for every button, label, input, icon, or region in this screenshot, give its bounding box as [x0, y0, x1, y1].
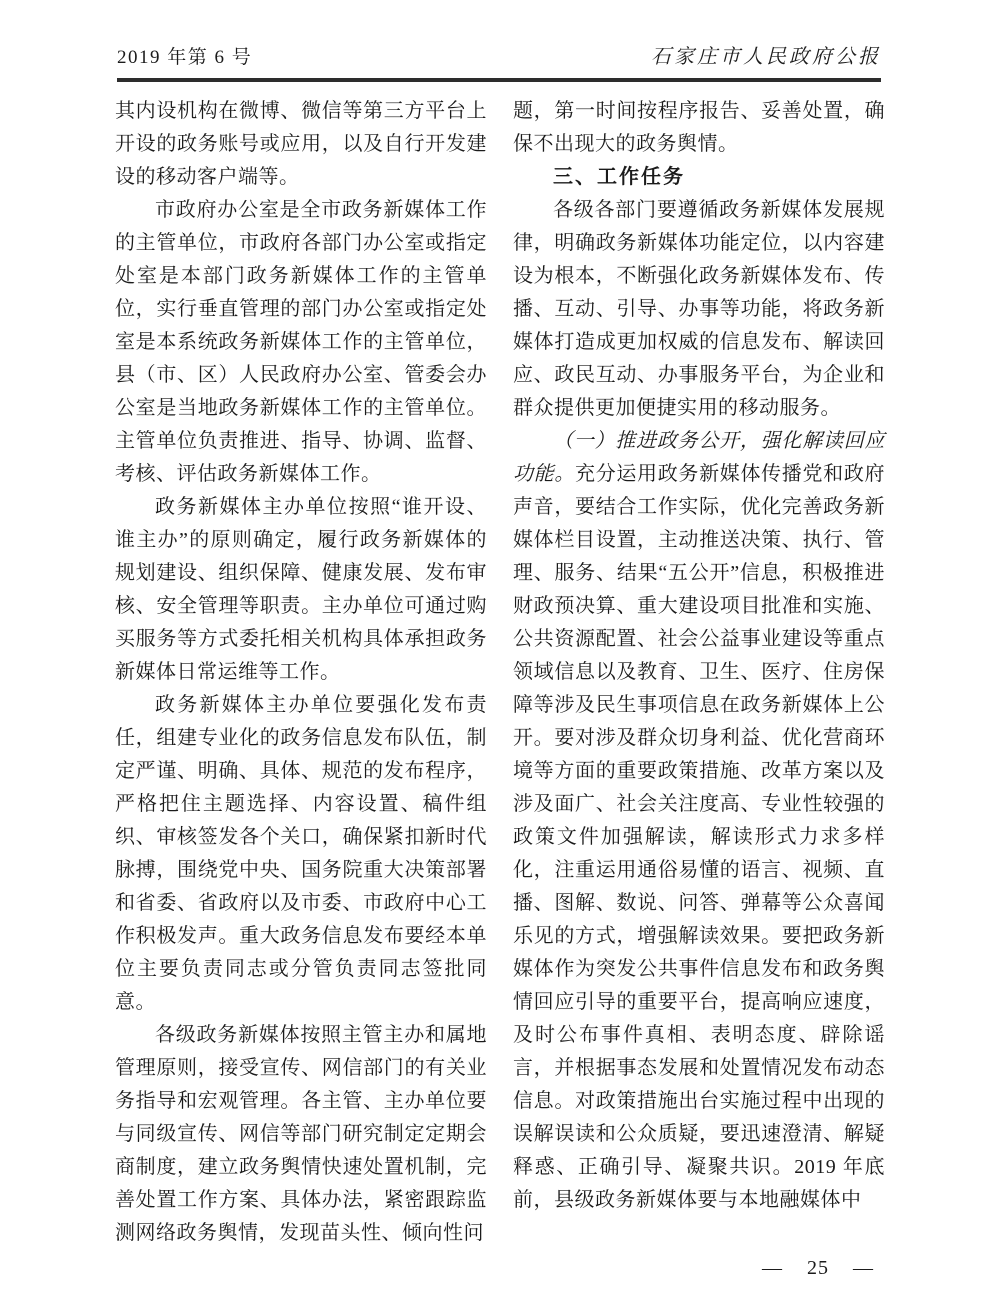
right-column: 题，第一时间按程序报告、妥善处置，确保不出现大的政务舆情。三、工作任务各级各部门…	[513, 95, 885, 1250]
paragraph: 政务新媒体主办单位要强化发布责任，组建专业化的政务信息发布队伍，制定严谨、明确、…	[115, 689, 487, 1019]
gazette-page: 2019 年第 6 号 石家庄市人民政府公报 其内设机构在微博、微信等第三方平台…	[0, 0, 1000, 1294]
paragraph: 各级各部门要遵循政务新媒体发展规律，明确政务新媒体功能定位，以内容建设为根本，不…	[513, 194, 885, 425]
body-text: 充分运用政务新媒体传播党和政府声音，要结合工作实际，优化完善政务新媒体栏目设置，…	[513, 463, 885, 1211]
issue-number: 2019 年第 6 号	[117, 42, 252, 69]
paragraph: 市政府办公室是全市政务新媒体工作的主管单位，市政府各部门办公室或指定处室是本部门…	[115, 194, 487, 491]
page-footer: — 25 —	[0, 1257, 874, 1280]
page-number: — 25 —	[762, 1257, 874, 1279]
paragraph: （一）推进政务公开，强化解读回应功能。充分运用政务新媒体传播党和政府声音，要结合…	[513, 425, 885, 1217]
paragraph: 各级政务新媒体按照主管主办和属地管理原则，接受宣传、网信部门的有关业务指导和宏观…	[115, 1019, 487, 1250]
paragraph: 政务新媒体主办单位按照“谁开设、谁主办”的原则确定，履行政务新媒体的规划建设、组…	[115, 491, 487, 689]
section-heading: 三、工作任务	[513, 161, 885, 194]
page-header: 2019 年第 6 号 石家庄市人民政府公报	[117, 0, 881, 82]
paragraph: 题，第一时间按程序报告、妥善处置，确保不出现大的政务舆情。	[513, 95, 885, 161]
two-column-body: 其内设机构在微博、微信等第三方平台上开设的政务账号或应用，以及自行开发建设的移动…	[115, 95, 885, 1250]
publication-title: 石家庄市人民政府公报	[651, 40, 881, 69]
paragraph: 其内设机构在微博、微信等第三方平台上开设的政务账号或应用，以及自行开发建设的移动…	[115, 95, 487, 194]
left-column: 其内设机构在微博、微信等第三方平台上开设的政务账号或应用，以及自行开发建设的移动…	[115, 95, 487, 1250]
